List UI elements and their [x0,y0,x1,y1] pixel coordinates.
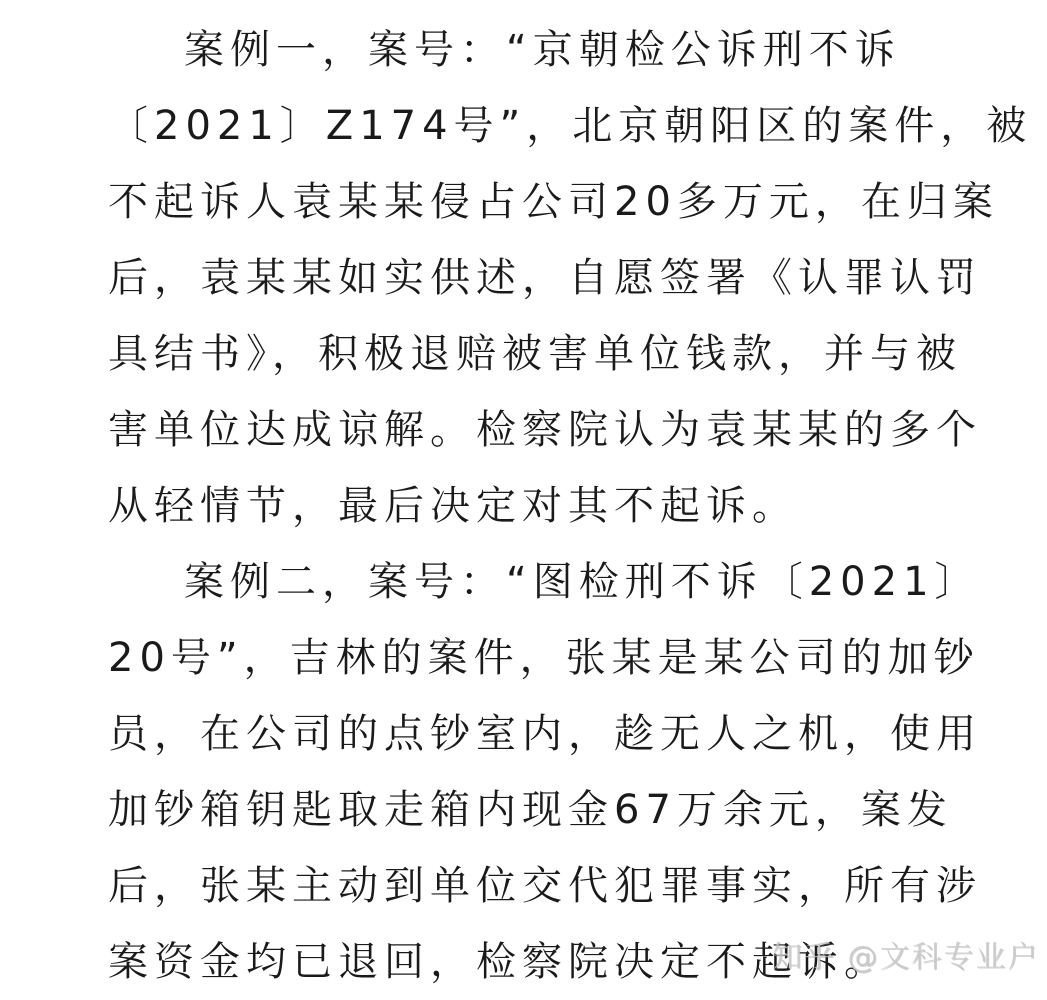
text-line: 20号”，吉林的案件，张某是某公司的加钞 [108,620,972,696]
text-line: 〔2021〕Z174号”，北京朝阳区的案件，被 [108,88,972,164]
text-line: 后，袁某某如实供述，自愿签署《认罪认罚 [108,240,972,316]
text-line: 不起诉人袁某某侵占公司20多万元，在归案 [108,164,972,240]
document-body: 案例一，案号：“京朝检公诉刑不诉 〔2021〕Z174号”，北京朝阳区的案件，被… [108,12,972,1000]
text-line: 案资金均已退回，检察院决定不起诉。 [108,924,972,1000]
case-two-heading-line: 案例二，案号：“图检刑不诉〔2021〕 [108,544,972,620]
text-line: 害单位达成谅解。检察院认为袁某某的多个 [108,392,972,468]
text-line: 从轻情节，最后决定对其不起诉。 [108,468,972,544]
case-one-heading-line: 案例一，案号：“京朝检公诉刑不诉 [108,12,972,88]
text-line: 具结书》，积极退赔被害单位钱款，并与被 [108,316,972,392]
text-line: 加钞箱钥匙取走箱内现金67万余元，案发 [108,772,972,848]
text-line: 员，在公司的点钞室内，趁无人之机，使用 [108,696,972,772]
text-line: 后，张某主动到单位交代犯罪事实，所有涉 [108,848,972,924]
